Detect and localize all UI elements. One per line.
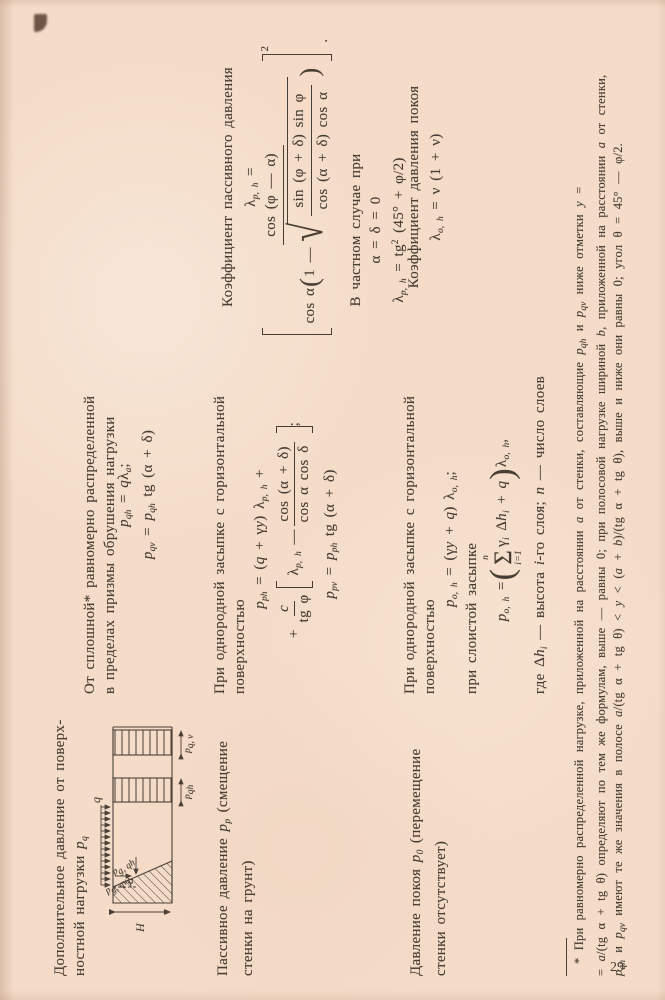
cos-alpha: cos α: [301, 288, 319, 324]
lambda-factor: λo, h,: [494, 439, 512, 467]
frag: Пассивное давление: [215, 831, 231, 976]
frag: от стенки,: [594, 75, 608, 142]
sum-lower-limit: i=1: [515, 550, 525, 565]
frag: o, h: [436, 216, 446, 233]
layered-fill-text: при слоистой засыпке: [464, 543, 481, 694]
row1-label-line1: Дополнительное давление от поверх-: [50, 684, 70, 976]
frag: λ: [116, 472, 132, 480]
frag: ;: [116, 463, 132, 467]
fraction-denominator: cos α cos δ: [295, 441, 313, 526]
frag: -го слоя;: [532, 495, 548, 561]
frag: a: [594, 955, 608, 961]
poh-lhs: po, h =: [494, 581, 512, 621]
open-paren: (: [297, 278, 323, 287]
passive-coefficient-formula: cos (φ — α) cos α ( 1 — √ sin (φ + δ) si…: [262, 26, 332, 348]
frag: y: [442, 541, 458, 548]
rest-coefficient-formula: λo, h = ν (1 + ν): [428, 26, 446, 348]
frag: )/(tg α + tg θ), выше и ниже они равны 0…: [611, 143, 625, 540]
frag: — высота: [532, 565, 548, 646]
frag: от стенки, составляющие: [572, 355, 586, 517]
frag: p: [322, 591, 338, 599]
row3-condition-line1: При однородной засыпке с горизонтальной: [400, 338, 420, 694]
frag: ;: [442, 471, 458, 475]
fraction-numerator: sin (φ + δ) sin φ: [291, 85, 312, 215]
frag: и: [611, 939, 625, 961]
radical-content: sin (φ + δ) sin φ cos (α + δ) cos α: [287, 77, 332, 223]
frag: y: [252, 521, 268, 528]
footnote-rule: [566, 938, 567, 976]
frag: и: [572, 317, 586, 339]
frag: p: [322, 552, 338, 560]
frag: 0: [416, 850, 426, 855]
frag: i: [502, 537, 512, 540]
frag: qh: [186, 785, 196, 795]
frag: c: [276, 605, 292, 612]
frag: —: [286, 529, 302, 551]
frag: = tg: [391, 244, 407, 278]
frag: ниже отметки: [572, 207, 586, 302]
frag: h: [494, 513, 510, 521]
frag: * При равномерно распределенной нагрузке…: [572, 523, 586, 964]
row1-condition-text: От сплошной* равномерно распределенной в…: [80, 338, 120, 694]
frag: o, h: [450, 476, 460, 493]
row2-label: Пассивное давление pp (смещение стенки н…: [213, 684, 258, 976]
frag: p: [611, 932, 625, 938]
frag: ) λ: [442, 492, 458, 511]
frag: ,: [494, 439, 510, 443]
row3-condition-text: При однородной засыпке с горизонтальной …: [400, 338, 440, 694]
frag: λ: [286, 568, 302, 576]
frag: b: [594, 330, 608, 336]
frag: i: [540, 646, 550, 649]
frag: p, h: [294, 551, 304, 568]
frag: p: [408, 854, 424, 862]
frag: λ: [391, 295, 407, 303]
frag: =: [322, 560, 338, 582]
band-pqh-label: pqh: [184, 785, 197, 799]
frag: где Δ: [532, 657, 548, 694]
frag: pv: [330, 582, 340, 591]
wall-pressure-figure: [84, 712, 196, 942]
close-paren: ): [486, 468, 520, 480]
plus-sign: +: [286, 629, 303, 638]
row3-label-line1: Давление покоя p0 (перемещение: [406, 684, 431, 976]
one-minus: 1 —: [301, 247, 319, 277]
frag: /(tg α + tg θ) определяют по тем же форм…: [594, 336, 608, 955]
frag: (перемещение: [408, 749, 424, 850]
formula-poh-layered: po, h = ( n Σ i=1 γi Δhi + q ) λo, h,: [482, 390, 524, 670]
frag: ) λ: [252, 501, 268, 520]
sigma-symbol: Σ: [492, 550, 515, 565]
frag: a: [572, 517, 586, 523]
frag: =: [116, 488, 132, 510]
main-fraction: cos (φ — α) cos α ( 1 — √ sin (φ + δ) si…: [262, 66, 332, 323]
frag: λ: [428, 233, 444, 241]
frag: tg (α + δ): [322, 469, 338, 542]
frag: γ: [494, 540, 510, 547]
frag: = (: [252, 564, 268, 591]
frag: qv: [618, 923, 628, 932]
frag: λ: [243, 199, 259, 207]
footnote-line2: = a/(tg α + tg θ) определяют по тем же ф…: [593, 24, 610, 976]
frag: = ν (1 + ν): [428, 133, 444, 216]
passive-coefficient-heading: Коэффициент пассивного давления: [220, 26, 237, 348]
formula-poh-uniform: po, h = (γy + q) λo, h;: [442, 414, 460, 664]
frag: p: [183, 748, 193, 753]
frag: +: [494, 489, 510, 511]
c-over-tg-fraction: c tg φ: [276, 591, 313, 627]
frag: h: [532, 649, 548, 657]
frag: i: [532, 561, 548, 565]
frag: a: [124, 468, 134, 473]
rest-coefficient-heading: Коэффициент давления покоя: [406, 26, 423, 348]
frag: ph: [330, 543, 340, 553]
frag: o, h: [502, 443, 512, 460]
exponent-2: 2: [259, 46, 271, 52]
frag: a: [611, 568, 625, 574]
frag: a: [611, 710, 625, 716]
fraction-denominator: cos (α + δ) cos α: [312, 88, 332, 214]
footnote-line3: pqh и pqv имеют те же значения в полосе …: [610, 24, 632, 976]
row2-condition-text: При однородной засыпке с горизонтальной …: [210, 338, 250, 694]
row1-condition-line1: От сплошной* равномерно распределенной: [80, 338, 100, 694]
frag: tg (α + δ): [140, 430, 156, 503]
fraction-denominator: cos α ( 1 — √ sin (φ + δ) sin φ cos (α +…: [284, 66, 332, 323]
frag: y: [572, 201, 586, 207]
cos-fraction: cos (α + δ) cos α cos δ: [276, 441, 313, 526]
scanned-book-page: Дополнительное давление от поверх- ностн…: [0, 0, 665, 1000]
frag: +: [442, 519, 458, 541]
summation: n Σ i=1: [482, 550, 524, 565]
frag: y: [611, 601, 625, 607]
frag: +: [252, 469, 268, 484]
frag: qh: [124, 510, 134, 520]
row3-label: Давление покоя p0 (перемещение стенки от…: [406, 684, 451, 976]
special-case-line2: α = δ = 0: [366, 118, 386, 342]
frag: λ: [494, 460, 510, 468]
frag: p: [140, 551, 156, 559]
semicolon: ;: [286, 422, 303, 426]
frag: , приложенной на расстоянии: [594, 148, 608, 330]
band-pqv-label: pq, v: [184, 735, 197, 753]
frag: +: [611, 546, 625, 568]
frag: < (: [611, 574, 625, 600]
frag: q, v: [186, 735, 196, 749]
row2-label-line2: стенки на грунт): [238, 684, 258, 976]
formula-pph-line2: + c tg φ λp, h — cos (α + δ) cos α cos δ…: [276, 390, 313, 670]
frag: a: [594, 142, 608, 148]
frag: =: [572, 187, 586, 202]
row2-label-line1: Пассивное давление pp (смещение: [213, 684, 238, 976]
radical: √ sin (φ + δ) sin φ cos (α + δ) cos α: [287, 77, 332, 245]
frag: qv: [148, 542, 158, 551]
special-case-block: В частном случае при α = δ = 0 λp, h = t…: [346, 118, 414, 342]
frag: Давление покоя: [408, 862, 424, 976]
right-square-bracket: [276, 426, 313, 433]
frag: ph: [260, 591, 270, 601]
formula-pqh: pqh = qλa;: [116, 420, 134, 570]
retaining-wall-diagram: q H α pg, qv pg, qh pqh pq, v: [84, 712, 196, 942]
footnote-line1: * При равномерно распределенной нагрузке…: [571, 24, 593, 976]
frag: i: [502, 510, 512, 513]
frag: p: [442, 599, 458, 607]
frag: qh: [148, 503, 158, 513]
frag: o, h: [450, 582, 460, 599]
frag: q: [252, 556, 268, 564]
bracketed-expression: cos (φ — α) cos α ( 1 — √ sin (φ + δ) si…: [262, 39, 332, 336]
frag: p: [572, 311, 586, 317]
frag: qv: [579, 302, 589, 311]
radical-fraction: sin (φ + δ) sin φ cos (α + δ) cos α: [291, 85, 332, 215]
radical-sign: √: [287, 223, 327, 242]
frag: + γ: [252, 528, 268, 557]
frag: p: [183, 794, 193, 799]
sum-terms: γi Δhi + q: [494, 481, 512, 547]
row2-condition-line2: поверхностью: [230, 338, 250, 694]
frag: = (γ: [442, 548, 458, 582]
special-case-line1: В частном случае при: [346, 118, 366, 342]
frag: b: [611, 540, 625, 546]
lambda-ph-term: λp, h —: [286, 529, 304, 575]
frag: =: [594, 961, 608, 976]
frag: q: [116, 480, 132, 488]
period: .: [315, 39, 332, 43]
load-q-label: q: [90, 797, 102, 803]
open-paren: (: [486, 569, 520, 581]
frag: 2: [391, 239, 401, 244]
footnote: * При равномерно распределенной нагрузке…: [571, 24, 632, 976]
row2-condition-line1: При однородной засыпке с горизонтальной: [210, 338, 230, 694]
frag: — число слоев: [532, 376, 548, 487]
frag: p, h: [251, 183, 261, 200]
row3-condition-line2: поверхностью: [420, 338, 440, 694]
where-clause: где Δhi — высота i-го слоя; n — число сл…: [532, 376, 550, 694]
frag: qh: [579, 339, 589, 349]
fraction-numerator: c: [276, 601, 295, 616]
frag: (смещение: [215, 741, 231, 819]
row3-label-line2: стенки отсутствует): [431, 684, 451, 976]
wall-height-label: H: [134, 923, 146, 932]
rotated-table-sheet: Дополнительное давление от поверх- ностн…: [0, 0, 665, 1000]
frag: p: [215, 824, 231, 832]
formula-pph-line1: pph = (q + γy) λp, h +: [252, 414, 270, 664]
frag: p: [140, 513, 156, 521]
close-paren: ): [297, 67, 323, 76]
frag: p: [223, 819, 233, 824]
formula-pqv: pqv = pqh tg (α + δ): [140, 397, 158, 592]
frag: p: [116, 519, 132, 527]
frag: (45° + φ/2): [391, 157, 407, 239]
left-square-bracket: [262, 328, 332, 335]
frag: p: [494, 613, 510, 621]
frag: p: [572, 348, 586, 354]
frag: имеют те же значения в полосе: [611, 717, 625, 923]
fraction-numerator: cos (α + δ): [276, 442, 295, 525]
frag: =: [494, 581, 510, 596]
frag: =: [243, 167, 259, 182]
frag: p: [252, 601, 268, 609]
frag: q: [494, 481, 510, 489]
formula-ppv: ppv = pph tg (α + δ): [322, 434, 340, 634]
frag: o, h: [502, 597, 512, 614]
left-square-bracket: [276, 581, 313, 588]
right-square-bracket: [262, 54, 332, 61]
fraction-denominator: tg φ: [295, 591, 313, 627]
frag: q: [442, 512, 458, 520]
frag: p, h: [260, 485, 270, 502]
passive-coefficient-lhs: λp, h =: [243, 26, 261, 348]
frag: Δ: [494, 521, 510, 538]
frag: n: [532, 487, 548, 495]
frag: =: [140, 521, 156, 543]
frag: /(tg α + tg θ) <: [611, 606, 625, 710]
page-number: 29: [610, 960, 624, 976]
